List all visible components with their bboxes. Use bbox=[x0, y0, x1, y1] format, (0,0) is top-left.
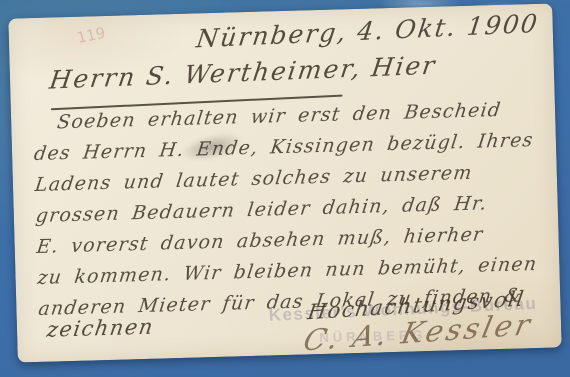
salutation: Herrn S. Wertheimer, Hier bbox=[48, 51, 439, 95]
closing-word: zeichnen bbox=[45, 315, 156, 342]
dateline: Nürnberg, 4. Okt. 1900 bbox=[195, 9, 541, 54]
postcard: 119 Nürnberg, 4. Okt. 1900 Herrn S. Wert… bbox=[8, 3, 561, 362]
scan-background: { "postcard": { "pencil_mark": "119", "d… bbox=[0, 0, 570, 377]
pencil-inventory-mark: 119 bbox=[75, 24, 107, 47]
